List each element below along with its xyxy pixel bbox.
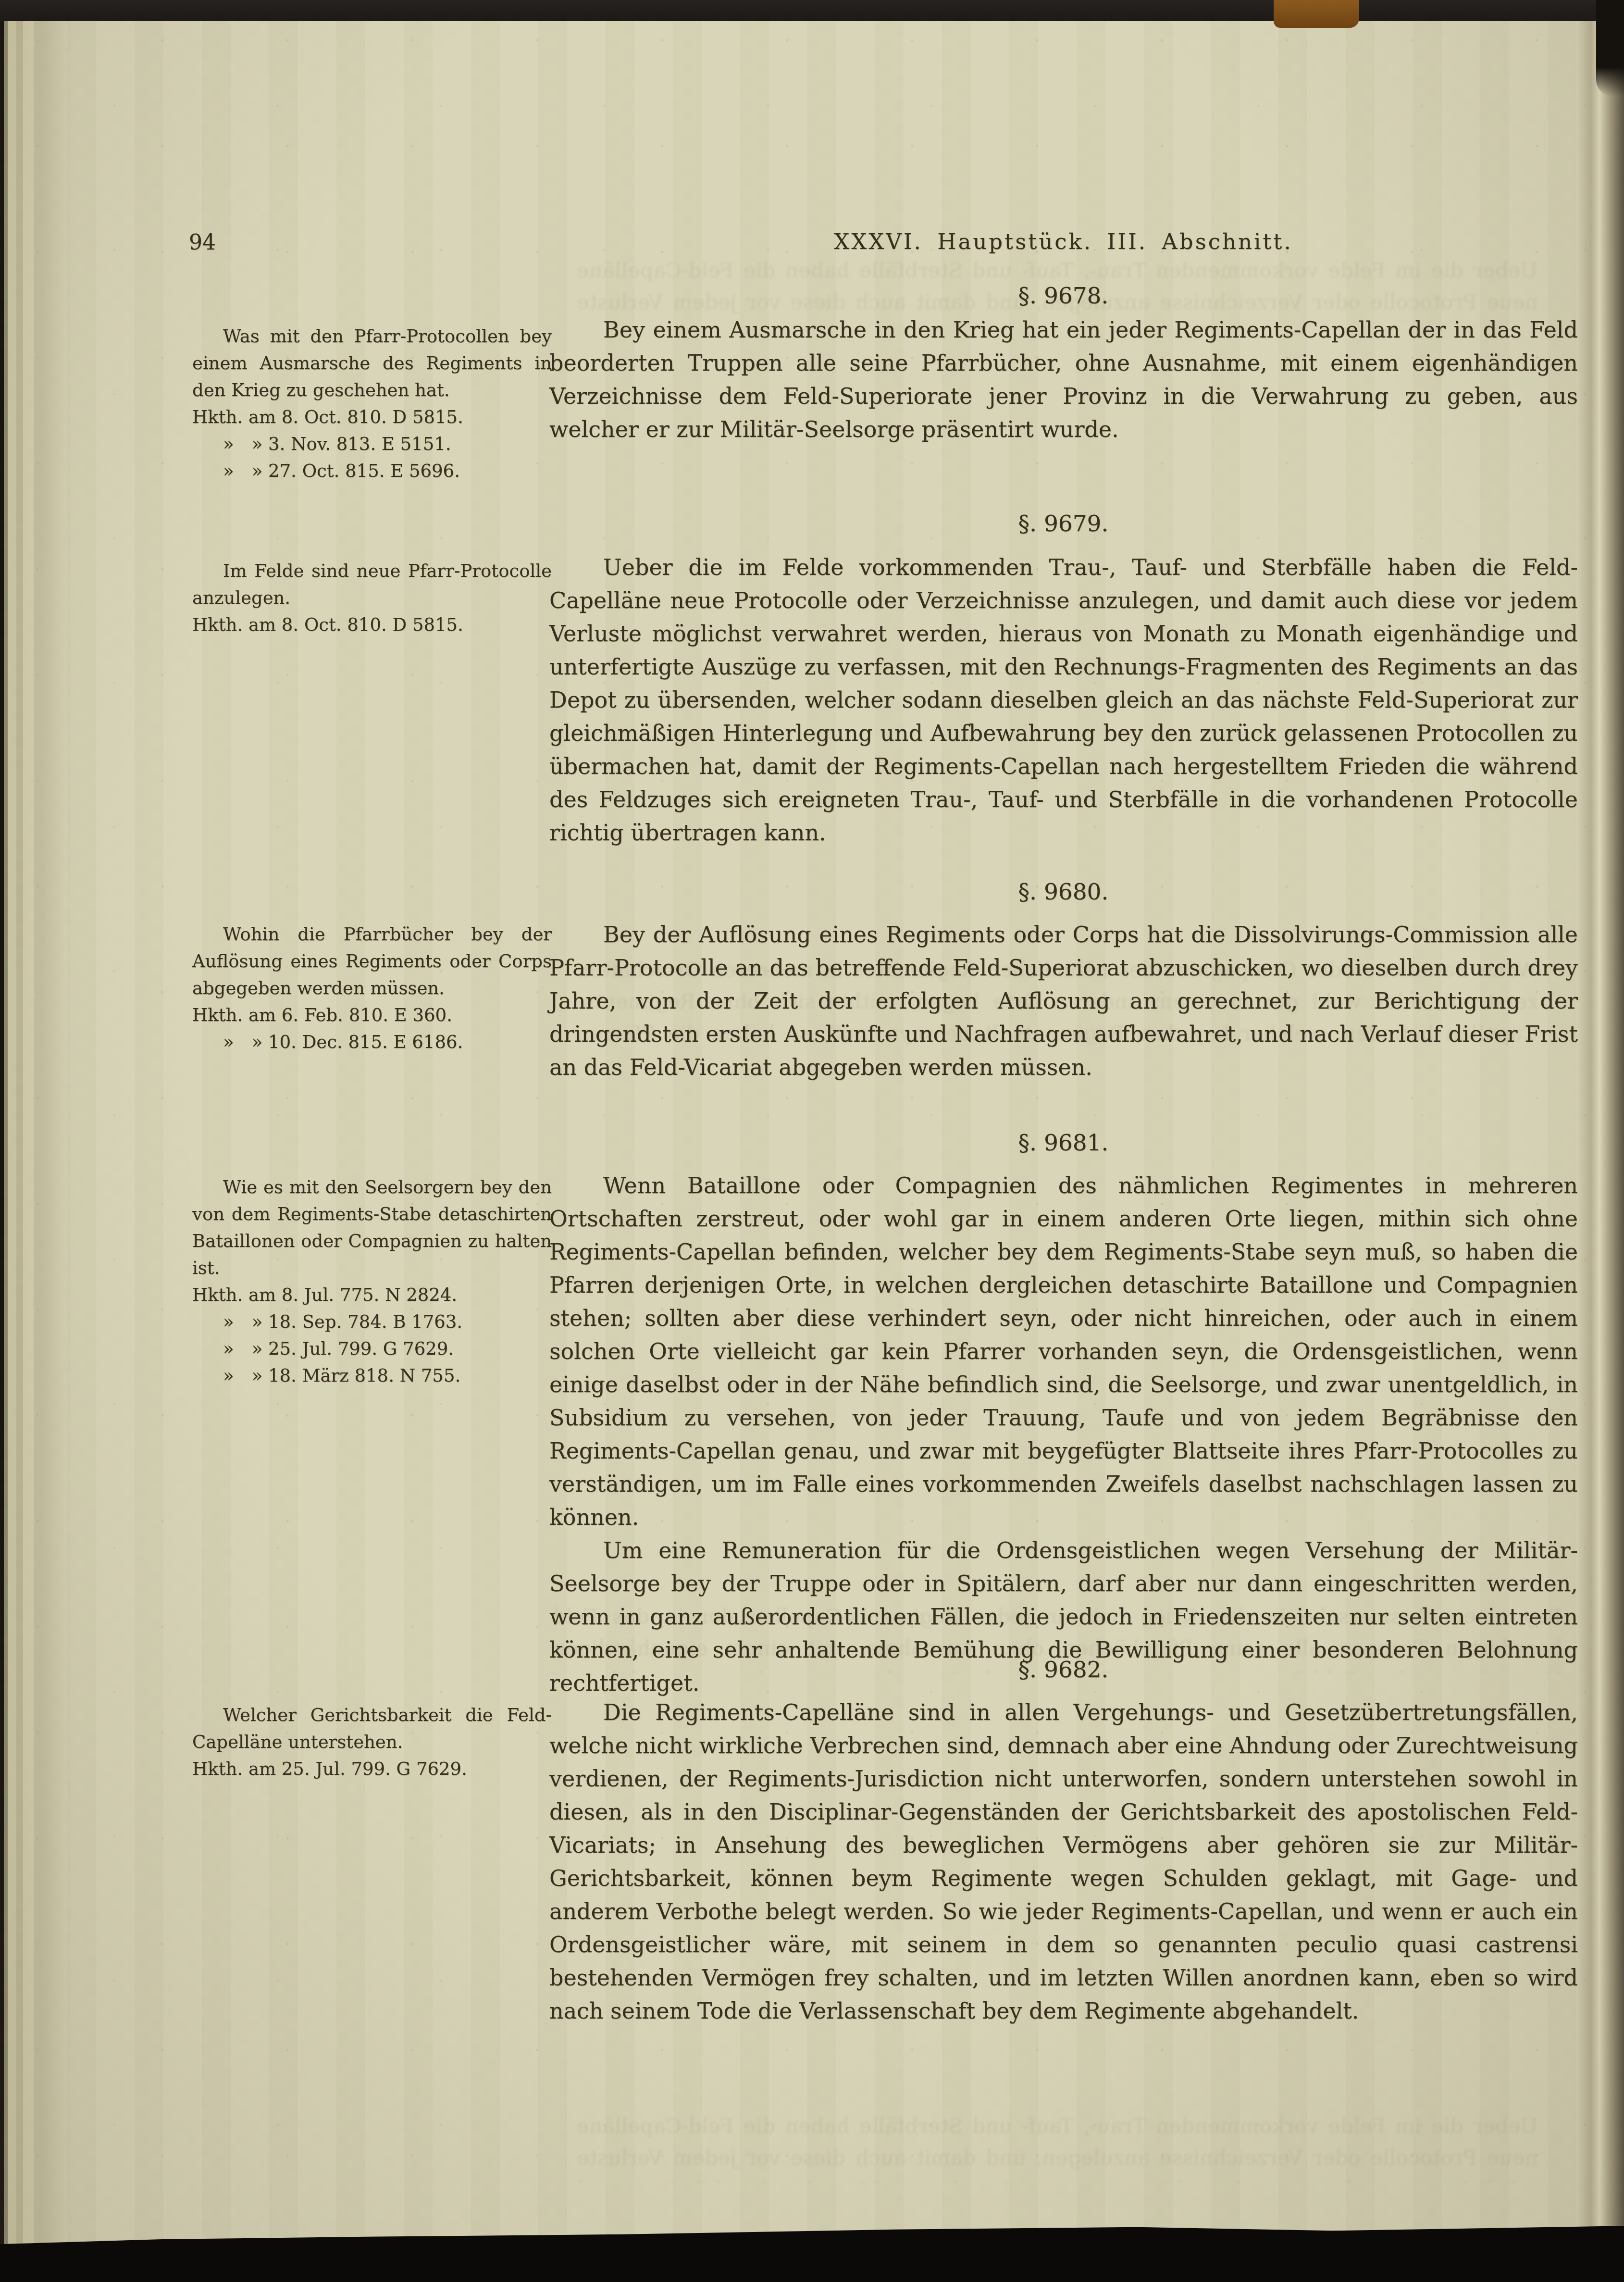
scan-background-top [0, 0, 1624, 21]
paragraph: Bey der Auflösung eines Regiments oder C… [549, 918, 1578, 1084]
bleed-through-text: Ueber die im Felde vorkommenden Trau-, T… [577, 2110, 1538, 2182]
decree-citation: Hkth. am 25. Jul. 799. G 7629. [192, 1756, 552, 1783]
scanned-book-page-photo: Ueber die im Felde vorkommenden Trau-, T… [0, 0, 1624, 2282]
margin-note-text: Wie es mit den Seelsorgern bey den von d… [192, 1174, 552, 1282]
running-header: XXXVI. Hauptstück. III. Abschnitt. [548, 229, 1579, 254]
decree-citation: Hkth. am 8. Oct. 810. D 5815. [192, 404, 552, 431]
paragraph: Wenn Bataillone oder Compagnien des nähm… [549, 1169, 1578, 1534]
section-number-9681: §. 9681. [548, 1130, 1579, 1156]
section-number-9678: §. 9678. [548, 283, 1579, 309]
section-number-9682: §. 9682. [548, 1657, 1579, 1683]
book-gutter-edge [0, 19, 72, 2250]
decree-citation: » » 18. Sep. 784. B 1763. [192, 1309, 552, 1335]
section-body-9682: Die Regiments-Capelläne sind in allen Ve… [549, 1696, 1578, 2028]
margin-note-9682: Welcher Gerichtsbarkeit die Feld-Capellä… [192, 1702, 552, 1783]
decree-citation: » » 18. März 818. N 755. [192, 1362, 552, 1389]
decree-citation: Hkth. am 8. Jul. 775. N 2824. [192, 1282, 552, 1309]
page-number: 94 [189, 230, 216, 255]
margin-note-text: Wohin die Pfarrbücher bey der Auflösung … [192, 921, 552, 1002]
binding-leather-fragment [1274, 0, 1359, 28]
paragraph: Ueber die im Felde vorkommenden Trau-, T… [549, 551, 1578, 849]
margin-note-9681: Wie es mit den Seelsorgern bey den von d… [192, 1174, 552, 1389]
margin-note-9678: Was mit den Pfarr-Protocollen bey einem … [192, 323, 552, 485]
section-number-9680: §. 9680. [548, 879, 1579, 905]
decree-citation: » » 10. Dec. 815. E 6186. [192, 1029, 552, 1056]
margin-note-9680: Wohin die Pfarrbücher bey der Auflösung … [192, 921, 552, 1056]
section-body-9679: Ueber die im Felde vorkommenden Trau-, T… [549, 551, 1578, 849]
margin-note-text: Im Felde sind neue Pfarr-Protocolle anzu… [192, 558, 552, 611]
decree-citation: » » 27. Oct. 815. E 5696. [192, 458, 552, 485]
paragraph: Bey einem Ausmarsche in den Krieg hat ei… [549, 313, 1578, 446]
decree-citation: Hkth. am 6. Feb. 810. E 360. [192, 1002, 552, 1029]
margin-note-text: Was mit den Pfarr-Protocollen bey einem … [192, 323, 552, 404]
margin-note-9679: Im Felde sind neue Pfarr-Protocolle anzu… [192, 558, 552, 638]
decree-citation: Hkth. am 8. Oct. 810. D 5815. [192, 611, 552, 638]
margin-note-text: Welcher Gerichtsbarkeit die Feld-Capellä… [192, 1702, 552, 1756]
decree-citation: » » 25. Jul. 799. G 7629. [192, 1335, 552, 1362]
section-body-9681: Wenn Bataillone oder Compagnien des nähm… [549, 1169, 1578, 1700]
decree-citation: » » 3. Nov. 813. E 5151. [192, 431, 552, 458]
scan-background-corner [1596, 0, 1624, 96]
paragraph: Die Regiments-Capelläne sind in allen Ve… [549, 1696, 1578, 2028]
section-number-9679: §. 9679. [548, 511, 1579, 537]
section-body-9680: Bey der Auflösung eines Regiments oder C… [549, 918, 1578, 1084]
section-body-9678: Bey einem Ausmarsche in den Krieg hat ei… [549, 313, 1578, 446]
